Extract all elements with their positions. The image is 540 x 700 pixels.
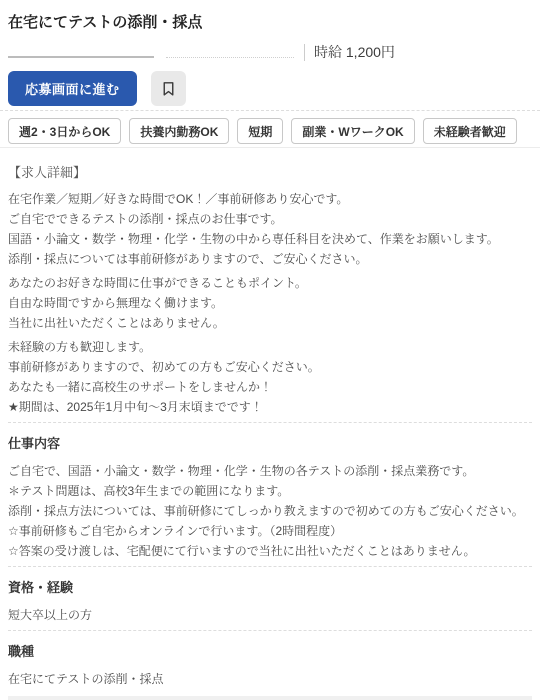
tag-chip[interactable]: 短期 bbox=[237, 118, 283, 144]
section-job-details: 【求人詳細】 在宅作業／短期／好きな時間でOK！／事前研修あり安心です。 ご自宅… bbox=[8, 148, 532, 422]
job-title: 在宅にてテストの添削・採点 bbox=[8, 12, 532, 34]
wage-divider bbox=[304, 44, 305, 61]
paragraph: 在宅にてテストの添削・採点 bbox=[8, 669, 532, 689]
apply-button[interactable]: 応募画面に進む bbox=[8, 71, 137, 106]
paragraph: 未経験の方も歓迎します。 事前研修がありますので、初めての方もご安心ください。 … bbox=[8, 337, 532, 422]
tag-chip[interactable]: 未経験者歓迎 bbox=[423, 118, 517, 144]
text-line: ご自宅で、国語・小論文・数学・物理・化学・生物の各テストの添削・採点業務です。 bbox=[8, 461, 532, 481]
tag-list: 週2・3日からOK 扶養内勤務OK 短期 副業・WワークOK 未経験者歓迎 bbox=[0, 111, 540, 147]
text-line: 添削・採点については事前研修がありますので、ご安心ください。 bbox=[8, 249, 532, 269]
section-work-description: 仕事内容 ご自宅で、国語・小論文・数学・物理・化学・生物の各テストの添削・採点業… bbox=[8, 423, 532, 566]
section-separator-band bbox=[8, 696, 532, 700]
bookmark-button[interactable] bbox=[151, 71, 186, 106]
tag-chip[interactable]: 扶養内勤務OK bbox=[129, 118, 229, 144]
text-line: 在宅作業／短期／好きな時間でOK！／事前研修あり安心です。 bbox=[8, 189, 532, 209]
paragraph: 短大卒以上の方 bbox=[8, 605, 532, 625]
text-line: 短大卒以上の方 bbox=[8, 605, 532, 625]
redacted-company-info bbox=[166, 46, 294, 58]
section-heading: 【求人詳細】 bbox=[8, 164, 532, 182]
text-line: 国語・小論文・数学・物理・化学・生物の中から専任科目を決めて、作業をお願いします… bbox=[8, 229, 532, 249]
section-heading: 職種 bbox=[8, 643, 532, 661]
text-line: 当社に出社いただくことはありません。 bbox=[8, 313, 532, 333]
job-header: 在宅にてテストの添削・採点 時給 1,200円 応募画面に進む bbox=[0, 0, 540, 106]
paragraph: ご自宅で、国語・小論文・数学・物理・化学・生物の各テストの添削・採点業務です。 … bbox=[8, 461, 532, 561]
tag-chip[interactable]: 週2・3日からOK bbox=[8, 118, 121, 144]
text-line: 在宅にてテストの添削・採点 bbox=[8, 669, 532, 689]
action-buttons: 応募画面に進む bbox=[8, 71, 532, 106]
text-line: あなたのお好きな時間に仕事ができることもポイント。 bbox=[8, 273, 532, 293]
section-heading: 資格・経験 bbox=[8, 579, 532, 597]
bookmark-icon bbox=[160, 80, 177, 97]
redacted-company-name bbox=[8, 46, 154, 58]
text-line: 添削・採点方法については、事前研修にてしっかり教えますので初めての方もご安心くだ… bbox=[8, 501, 532, 521]
section-job-category: 職種 在宅にてテストの添削・採点 bbox=[8, 631, 532, 694]
section-qualifications: 資格・経験 短大卒以上の方 bbox=[8, 567, 532, 630]
text-line: ★期間は、2025年1月中旬～3月末頃までです！ bbox=[8, 397, 532, 417]
text-line: あなたも一緒に高校生のサポートをしませんか！ bbox=[8, 377, 532, 397]
text-line: ☆答案の受け渡しは、宅配便にて行いますので当社に出社いただくことはありません。 bbox=[8, 541, 532, 561]
job-detail-page: 在宅にてテストの添削・採点 時給 1,200円 応募画面に進む 週2・3日からO… bbox=[0, 0, 540, 700]
tag-chip[interactable]: 副業・WワークOK bbox=[291, 118, 414, 144]
text-line: 事前研修がありますので、初めての方もご安心ください。 bbox=[8, 357, 532, 377]
paragraph: 在宅作業／短期／好きな時間でOK！／事前研修あり安心です。 ご自宅でできるテスト… bbox=[8, 189, 532, 269]
text-line: ＊テスト問題は、高校3年生までの範囲になります。 bbox=[8, 481, 532, 501]
company-wage-row: 時給 1,200円 bbox=[8, 42, 532, 62]
hourly-wage: 時給 1,200円 bbox=[314, 42, 395, 62]
text-line: ☆事前研修もご自宅からオンラインで行います。（2時間程度） bbox=[8, 521, 532, 541]
text-line: 自由な時間ですから無理なく働けます。 bbox=[8, 293, 532, 313]
paragraph: あなたのお好きな時間に仕事ができることもポイント。 自由な時間ですから無理なく働… bbox=[8, 273, 532, 333]
section-heading: 仕事内容 bbox=[8, 435, 532, 453]
text-line: 未経験の方も歓迎します。 bbox=[8, 337, 532, 357]
job-description-content: 【求人詳細】 在宅作業／短期／好きな時間でOK！／事前研修あり安心です。 ご自宅… bbox=[0, 148, 540, 700]
text-line: ご自宅でできるテストの添削・採点のお仕事です。 bbox=[8, 209, 532, 229]
